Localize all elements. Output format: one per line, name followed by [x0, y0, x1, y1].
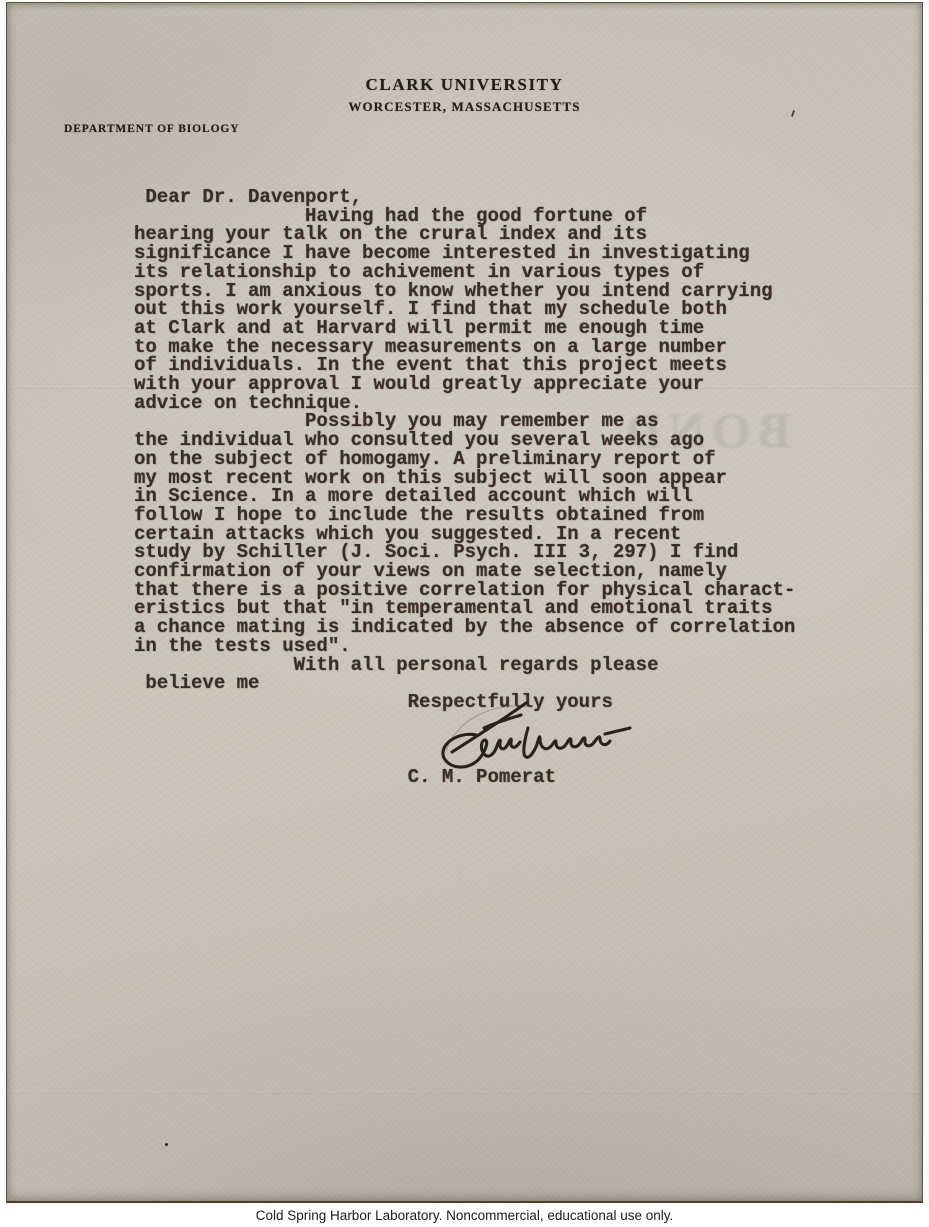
- footer-credit-bar: Cold Spring Harbor Laboratory. Noncommer…: [0, 1205, 929, 1227]
- letterhead-department: DEPARTMENT OF BIOLOGY: [64, 123, 239, 135]
- scanned-letter-page: BOND CLARK UNIVERSITY WORCESTER, MASSACH…: [0, 0, 929, 1227]
- signature-script: [424, 697, 639, 782]
- footer-credit: Cold Spring Harbor Laboratory. Noncommer…: [256, 1208, 673, 1223]
- ink-speck: [165, 1143, 168, 1146]
- letterhead-location: WORCESTER, MASSACHUSETTS: [0, 99, 929, 115]
- letterhead-university: CLARK UNIVERSITY: [0, 75, 929, 95]
